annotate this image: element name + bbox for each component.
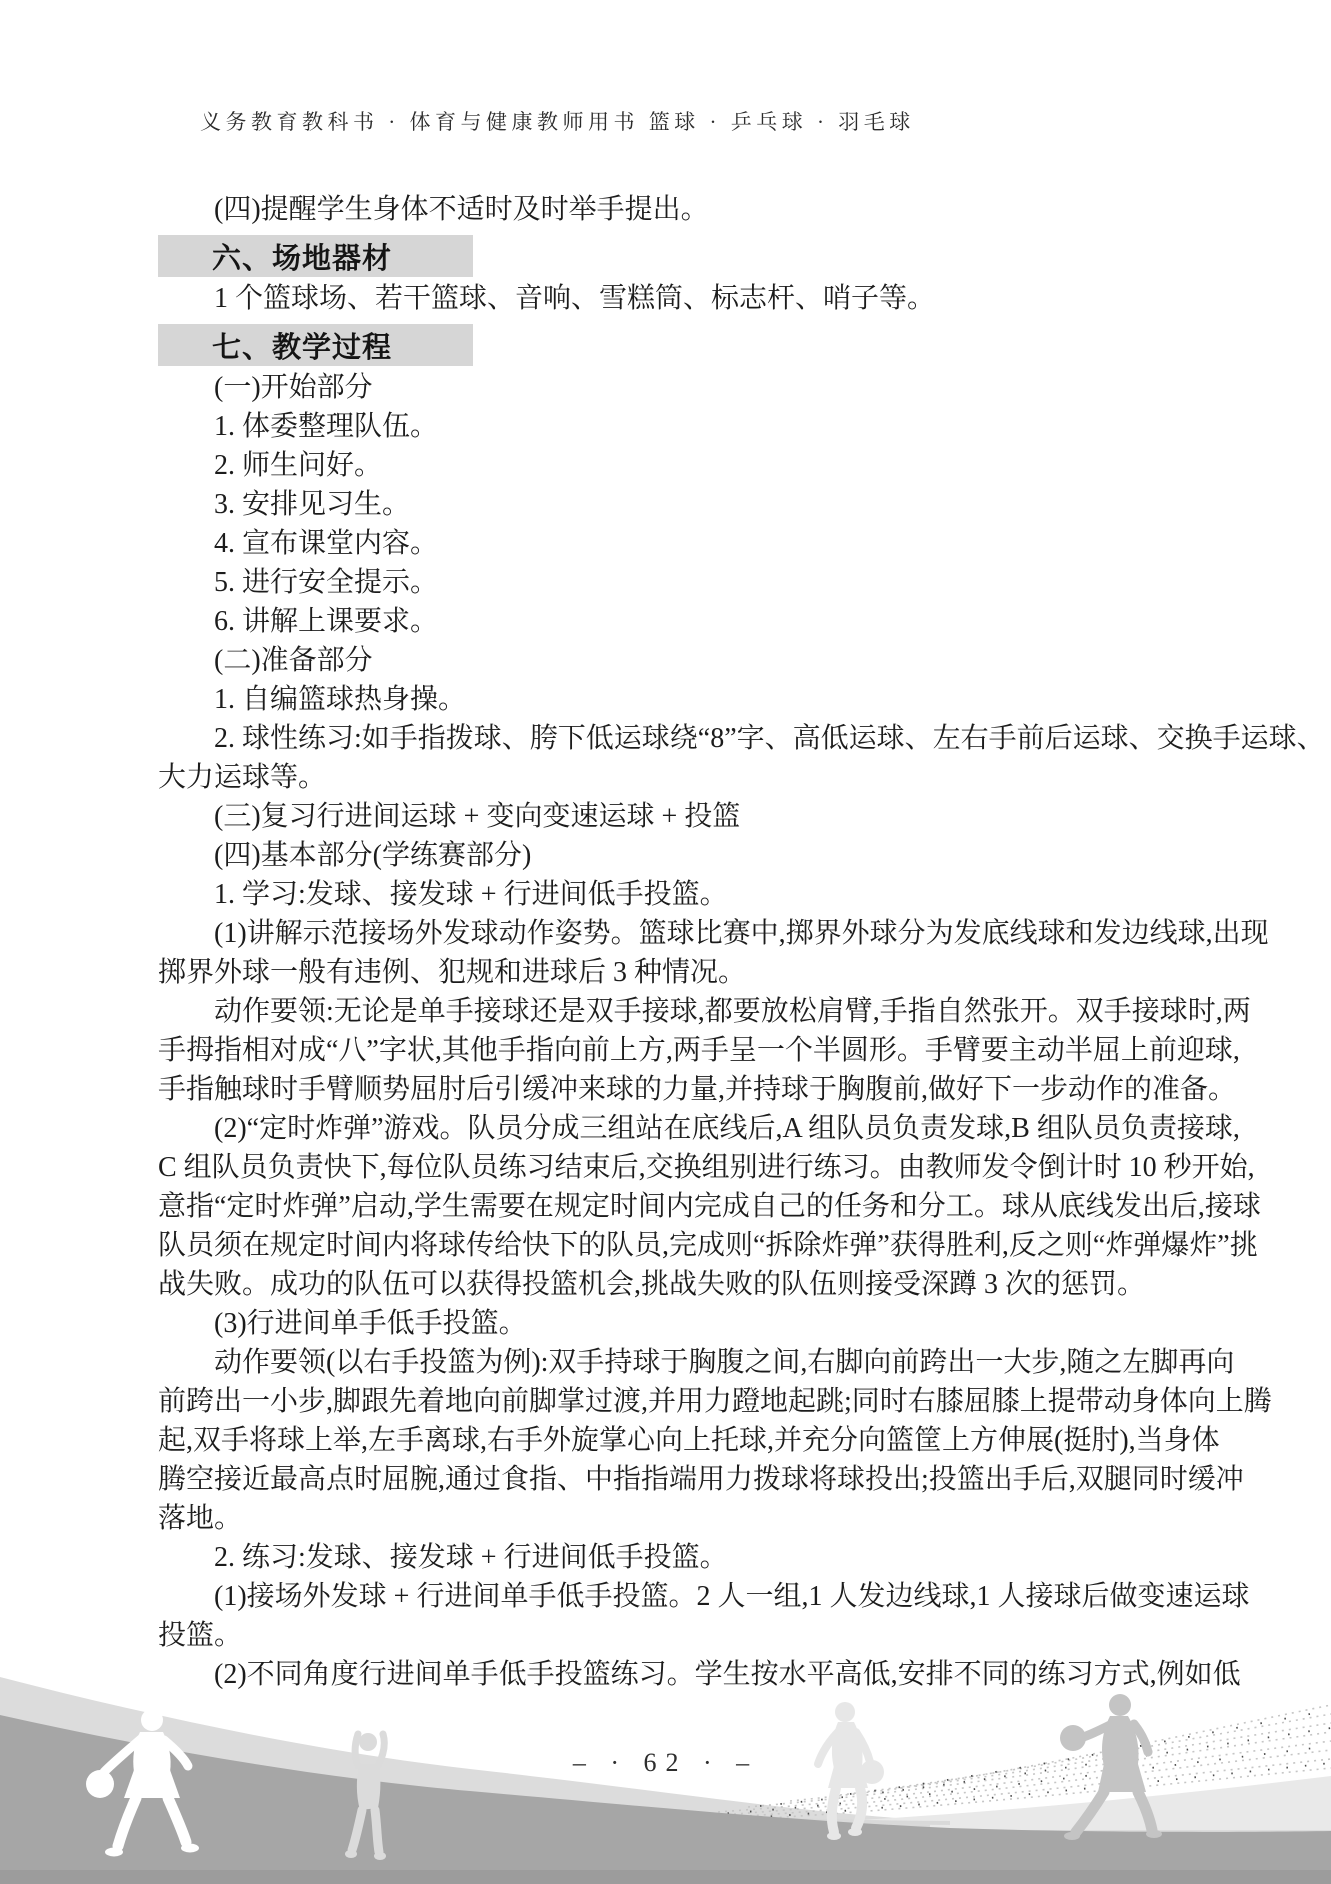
footer-decoration [0, 1620, 1331, 1884]
text-line: 起,双手将球上举,左手离球,右手外旋掌心向上托球,并充分向篮筐上方伸展(挺肘),… [158, 1421, 1232, 1460]
text-line: 手拇指相对成“八”字状,其他手指向前上方,两手呈一个半圆形。手臂要主动半屈上前迎… [158, 1031, 1232, 1070]
text-line: (1)接场外发球 + 行进间单手低手投篮。2 人一组,1 人发边线球,1 人接球… [158, 1577, 1232, 1616]
text-line: (四)提醒学生身体不适时及时举手提出。 [158, 190, 1232, 229]
text-line: 3. 安排见习生。 [158, 485, 1232, 524]
text-line: 2. 师生问好。 [158, 446, 1232, 485]
text-line: 队员须在规定时间内将球传给快下的队员,完成则“拆除炸弹”获得胜利,反之则“炸弹爆… [158, 1226, 1232, 1265]
text-line: 落地。 [158, 1499, 1232, 1538]
text-line: 掷界外球一般有违例、犯规和进球后 3 种情况。 [158, 953, 1232, 992]
body-text: (四)提醒学生身体不适时及时举手提出。六、场地器材1 个篮球场、若干篮球、音响、… [158, 190, 1232, 1694]
text-line: (四)基本部分(学练赛部分) [158, 836, 1232, 875]
text-line: 大力运球等。 [158, 758, 1232, 797]
text-line: C 组队员负责快下,每位队员练习结束后,交换组别进行练习。由教师发令倒计时 10… [158, 1148, 1232, 1187]
text-line: 4. 宣布课堂内容。 [158, 524, 1232, 563]
text-line: 前跨出一小步,脚跟先着地向前脚掌过渡,并用力蹬地起跳;同时右膝屈膝上提带动身体向… [158, 1382, 1232, 1421]
text-line: 2. 练习:发球、接发球 + 行进间低手投篮。 [158, 1538, 1232, 1577]
text-line: (3)行进间单手低手投篮。 [158, 1304, 1232, 1343]
text-line: (三)复习行进间运球 + 变向变速运球 + 投篮 [158, 797, 1232, 836]
text-line: 1 个篮球场、若干篮球、音响、雪糕筒、标志杆、哨子等。 [158, 279, 1232, 318]
text-line: (一)开始部分 [158, 368, 1232, 407]
book-page: 义务教育教科书 · 体育与健康教师用书 篮球 · 乒乓球 · 羽毛球 (四)提醒… [0, 0, 1331, 1884]
text-line: (1)讲解示范接场外发球动作姿势。篮球比赛中,掷界外球分为发底线球和发边线球,出… [158, 914, 1232, 953]
text-line: 1. 体委整理队伍。 [158, 407, 1232, 446]
text-line: 战失败。成功的队伍可以获得投篮机会,挑战失败的队伍则接受深蹲 3 次的惩罚。 [158, 1265, 1232, 1304]
section-heading: 六、场地器材 [158, 235, 473, 277]
text-line: 5. 进行安全提示。 [158, 563, 1232, 602]
section-heading: 七、教学过程 [158, 324, 473, 366]
text-line: 动作要领:无论是单手接球还是双手接球,都要放松肩臂,手指自然张开。双手接球时,两 [158, 992, 1232, 1031]
footer-bottom-strip [0, 1870, 1331, 1884]
text-line: 6. 讲解上课要求。 [158, 602, 1232, 641]
text-line: 2. 球性练习:如手指拨球、胯下低运球绕“8”字、高低运球、左右手前后运球、交换… [158, 719, 1232, 758]
text-line: 1. 自编篮球热身操。 [158, 680, 1232, 719]
text-line: 意指“定时炸弹”启动,学生需要在规定时间内完成自己的任务和分工。球从底线发出后,… [158, 1187, 1232, 1226]
text-line: (二)准备部分 [158, 641, 1232, 680]
text-line: 腾空接近最高点时屈腕,通过食指、中指指端用力拨球将球投出;投篮出手后,双腿同时缓… [158, 1460, 1232, 1499]
running-head: 义务教育教科书 · 体育与健康教师用书 篮球 · 乒乓球 · 羽毛球 [200, 106, 915, 136]
text-line: 1. 学习:发球、接发球 + 行进间低手投篮。 [158, 875, 1232, 914]
text-line: (2)“定时炸弹”游戏。队员分成三组站在底线后,A 组队员负责发球,B 组队员负… [158, 1109, 1232, 1148]
text-line: 动作要领(以右手投篮为例):双手持球于胸腹之间,右脚向前跨出一大步,随之左脚再向 [158, 1343, 1232, 1382]
text-line: 手指触球时手臂顺势屈肘后引缓冲来球的力量,并持球于胸腹前,做好下一步动作的准备。 [158, 1070, 1232, 1109]
